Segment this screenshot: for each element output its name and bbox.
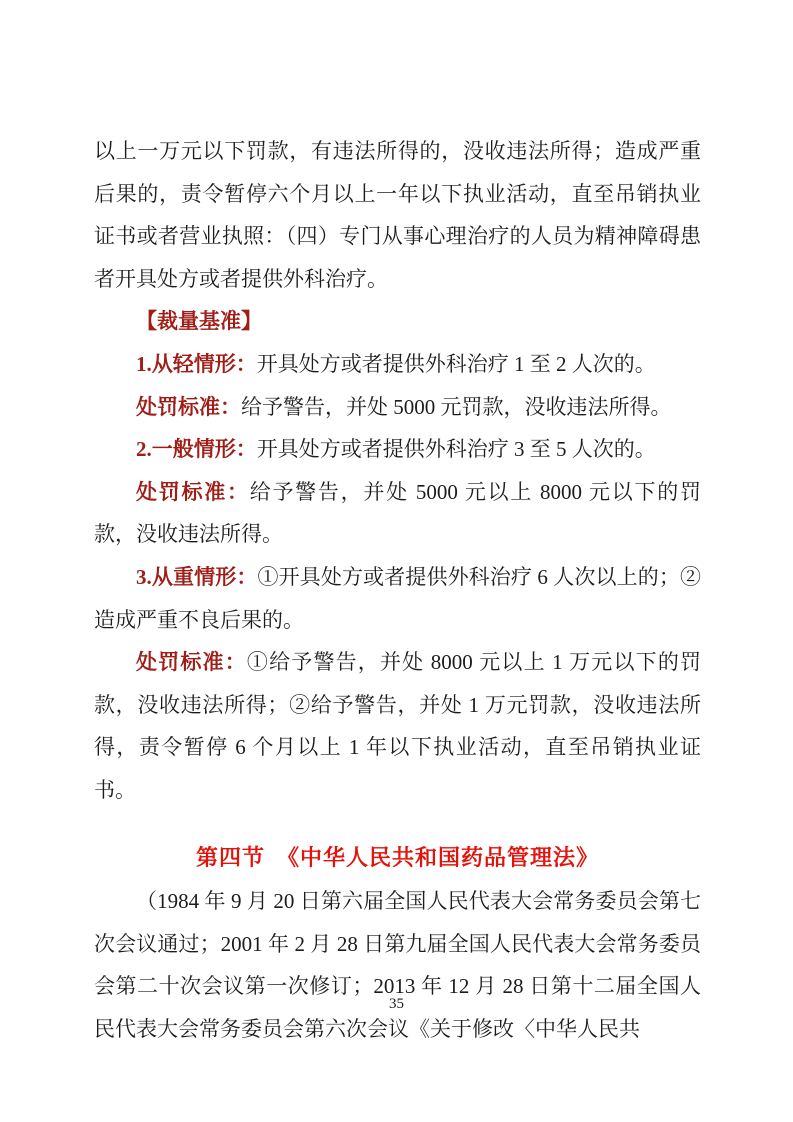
clause-paragraph-penalty-1: 处罚标准：给予警告，并处 5000 元罚款，没收违法所得。	[94, 386, 701, 429]
document-page: 以上一万元以下罚款，有违法所得的，没收违法所得；造成严重后果的，责令暂停六个月以…	[0, 0, 793, 1122]
clause-paragraph-severe: 3.从重情形：①开具处方或者提供外科治疗 6 人次以上的；②造成严重不良后果的。	[94, 556, 701, 641]
clause-text: 开具处方或者提供外科治疗 3 至 5 人次的。	[257, 437, 656, 461]
clause-lead: 1.从轻情形：	[136, 352, 257, 376]
clause-lead: 处罚标准：	[136, 650, 247, 674]
clause-lead: 2.一般情形：	[136, 437, 257, 461]
clause-paragraph-lenient: 1.从轻情形：开具处方或者提供外科治疗 1 至 2 人次的。	[94, 343, 701, 386]
clause-paragraph-penalty-3: 处罚标准：①给予警告，并处 8000 元以上 1 万元以下的罚款，没收违法所得；…	[94, 641, 701, 811]
clause-paragraph-general: 2.一般情形：开具处方或者提供外科治疗 3 至 5 人次的。	[94, 428, 701, 471]
clause-lead: 3.从重情形：	[136, 565, 257, 589]
clause-text: 给予警告，并处 5000 元罚款，没收违法所得。	[241, 395, 672, 419]
clause-lead: 处罚标准：	[136, 480, 250, 504]
law-intro-paragraph: （1984 年 9 月 20 日第六届全国人民代表大会常务委员会第七次会议通过；…	[94, 880, 701, 1050]
page-number: 35	[0, 996, 793, 1013]
main-text-block: 以上一万元以下罚款，有违法所得的，没收违法所得；造成严重后果的，责令暂停六个月以…	[94, 130, 701, 1050]
section-heading: 第四节 《中华人民共和国药品管理法》	[94, 838, 701, 881]
clause-lead: 处罚标准：	[136, 395, 241, 419]
continuation-paragraph: 以上一万元以下罚款，有违法所得的，没收违法所得；造成严重后果的，责令暂停六个月以…	[94, 130, 701, 300]
clause-paragraph-penalty-2: 处罚标准：给予警告，并处 5000 元以上 8000 元以下的罚款，没收违法所得…	[94, 471, 701, 556]
clause-text: 开具处方或者提供外科治疗 1 至 2 人次的。	[257, 352, 656, 376]
discretion-basis-label-line: 【裁量基准】	[94, 300, 701, 343]
discretion-basis-label: 【裁量基准】	[136, 309, 262, 333]
